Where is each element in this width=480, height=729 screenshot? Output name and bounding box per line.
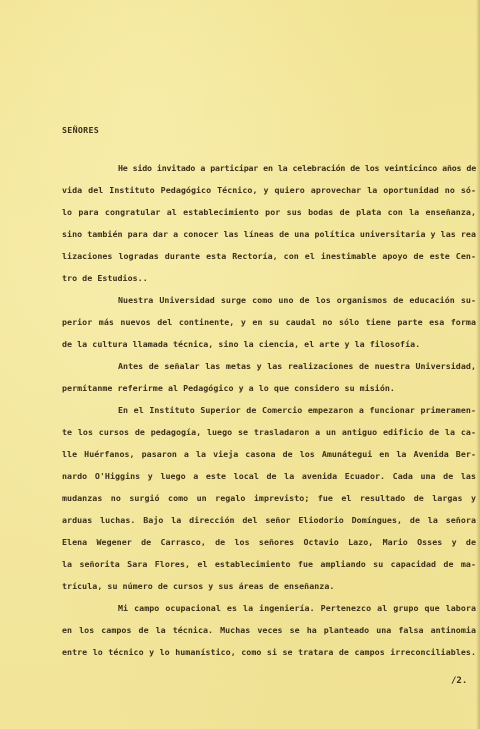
text-line: lle Huérfanos, pasaron a la vieja casona… [62,448,476,460]
text-line: trícula, su número de cursos y sus áreas… [62,580,476,592]
text-line: mudanzas no surgió como un regalo imprev… [62,492,476,504]
text-line: arduas luchas. Bajo la dirección del señ… [62,514,476,526]
text-line: He sido invitado a participar en la cele… [118,162,476,174]
text-line: te los cursos de pedagogía, luego se tra… [62,426,476,438]
text-line: Mi campo ocupacional es la ingeniería. P… [118,602,476,614]
text-line: Elena Wegener de Carrasco, de los señore… [62,536,476,548]
text-line: lizaciones logradas durante esta Rectorí… [62,250,476,262]
text-line: nardo O'Higgins y luego a este local de … [62,470,476,482]
text-line: de la cultura llamada técnica, sino la c… [62,338,476,350]
text-line: En el Instituto Superior de Comercio emp… [118,404,476,416]
text-line: entre lo técnico y lo humanístico, como … [62,646,476,658]
text-line: la señorita Sara Flores, el establecimie… [62,558,476,570]
salutation: SEÑORES [62,125,99,135]
text-line: sino también para dar a conocer las líne… [62,228,476,240]
page-number: /2. [451,676,467,686]
text-line: lo para congratular al establecimiento p… [62,206,476,218]
text-line: vida del Instituto Pedagógico Técnico, y… [62,184,476,196]
text-line: tro de Estudios.. [62,272,476,284]
text-line: en los campos de la técnica. Muchas vece… [62,624,476,636]
text-line: Nuestra Universidad surge como uno de lo… [118,294,476,306]
text-line: Antes de señalar las metas y las realiza… [118,360,476,372]
paper-edge [476,0,480,729]
text-line: permítanme referirme al Pedagógico y a l… [62,382,476,394]
document-page: SEÑORES He sido invitado a participar en… [0,0,480,729]
text-line: perior más nuevos del continente, y en s… [62,316,476,328]
